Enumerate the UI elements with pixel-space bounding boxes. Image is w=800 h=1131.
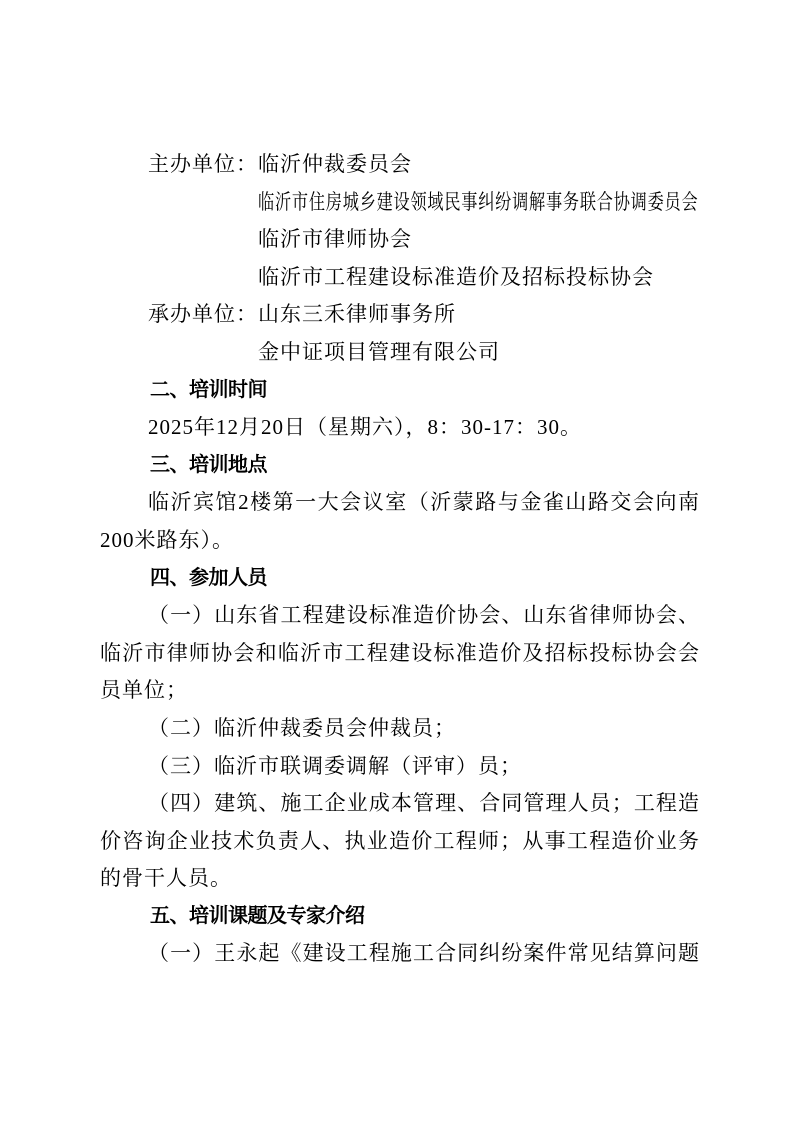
doc-line: 承办单位：山东三禾律师事务所	[100, 296, 700, 334]
doc-line: （一）王永起《建设工程施工合同纠纷案件常见结算问题	[100, 935, 700, 973]
doc-line: （四）建筑、施工企业成本管理、合同管理人员；工程造	[100, 785, 700, 823]
doc-line: （一）山东省工程建设标准造价协会、山东省律师协会、	[100, 597, 700, 635]
doc-line: 金中证项目管理有限公司	[100, 334, 700, 372]
doc-line: 临沂宾馆2楼第一大会议室（沂蒙路与金雀山路交会向南	[100, 484, 700, 522]
doc-line: 临沂市律师协会	[100, 221, 700, 259]
doc-line: 员单位；	[100, 672, 700, 710]
section-heading: 二、培训时间	[100, 372, 700, 410]
doc-line: 临沂市律师协会和临沂市工程建设标准造价及招标投标协会会	[100, 635, 700, 673]
doc-line: 200米路东）。	[100, 522, 700, 560]
section-heading: 四、参加人员	[100, 560, 700, 598]
doc-line: 临沂市工程建设标准造价及招标投标协会	[100, 259, 700, 297]
doc-line: （二）临沂仲裁委员会仲裁员；	[100, 710, 700, 748]
doc-line: （三）临沂市联调委调解（评审）员；	[100, 748, 700, 786]
document-page: 主办单位：临沂仲裁委员会临沂市住房城乡建设领域民事纠纷调解事务联合协调委员会临沂…	[0, 0, 800, 1131]
doc-line-compressed-text: 临沂市住房城乡建设领域民事纠纷调解事务联合协调委员会	[258, 184, 698, 222]
section-heading: 五、培训课题及专家介绍	[100, 898, 700, 936]
doc-line: 的骨干人员。	[100, 860, 700, 898]
doc-line: 价咨询企业技术负责人、执业造价工程师；从事工程造价业务	[100, 823, 700, 861]
document-body: 主办单位：临沂仲裁委员会临沂市住房城乡建设领域民事纠纷调解事务联合协调委员会临沂…	[100, 146, 700, 973]
doc-line: 2025年12月20日（星期六），8：30-17：30。	[100, 409, 700, 447]
doc-line: 临沂市住房城乡建设领域民事纠纷调解事务联合协调委员会	[100, 184, 700, 222]
section-heading: 三、培训地点	[100, 447, 700, 485]
doc-line: 主办单位：临沂仲裁委员会	[100, 146, 700, 184]
